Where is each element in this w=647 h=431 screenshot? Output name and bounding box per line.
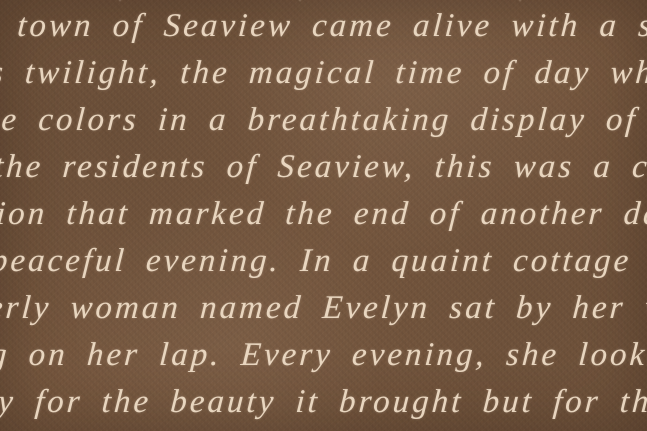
handwriting-line: s twilight, the magical time of day when… xyxy=(0,50,647,97)
handwriting-line: ge colors in a breathtaking display of l… xyxy=(0,97,647,144)
handwriting-line: the residents of Seaview, this was a che… xyxy=(0,144,647,191)
handwriting-line: peaceful evening. In a quaint cottage ov… xyxy=(0,238,647,285)
handwriting-line: erly woman named Evelyn sat by her windo xyxy=(0,285,647,332)
paper-background: t town of Seaview came alive with a soft… xyxy=(0,0,647,431)
handwriting-line: tion that marked the end of another day … xyxy=(0,191,647,238)
handwriting-line: g on her lap. Every evening, she looked … xyxy=(0,332,647,379)
handwriting-line: t town of Seaview came alive with a soft… xyxy=(0,3,647,50)
handwriting-line: ly for the beauty it brought but for the… xyxy=(0,379,647,426)
handwriting-block: t town of Seaview came alive with a soft… xyxy=(0,3,647,426)
